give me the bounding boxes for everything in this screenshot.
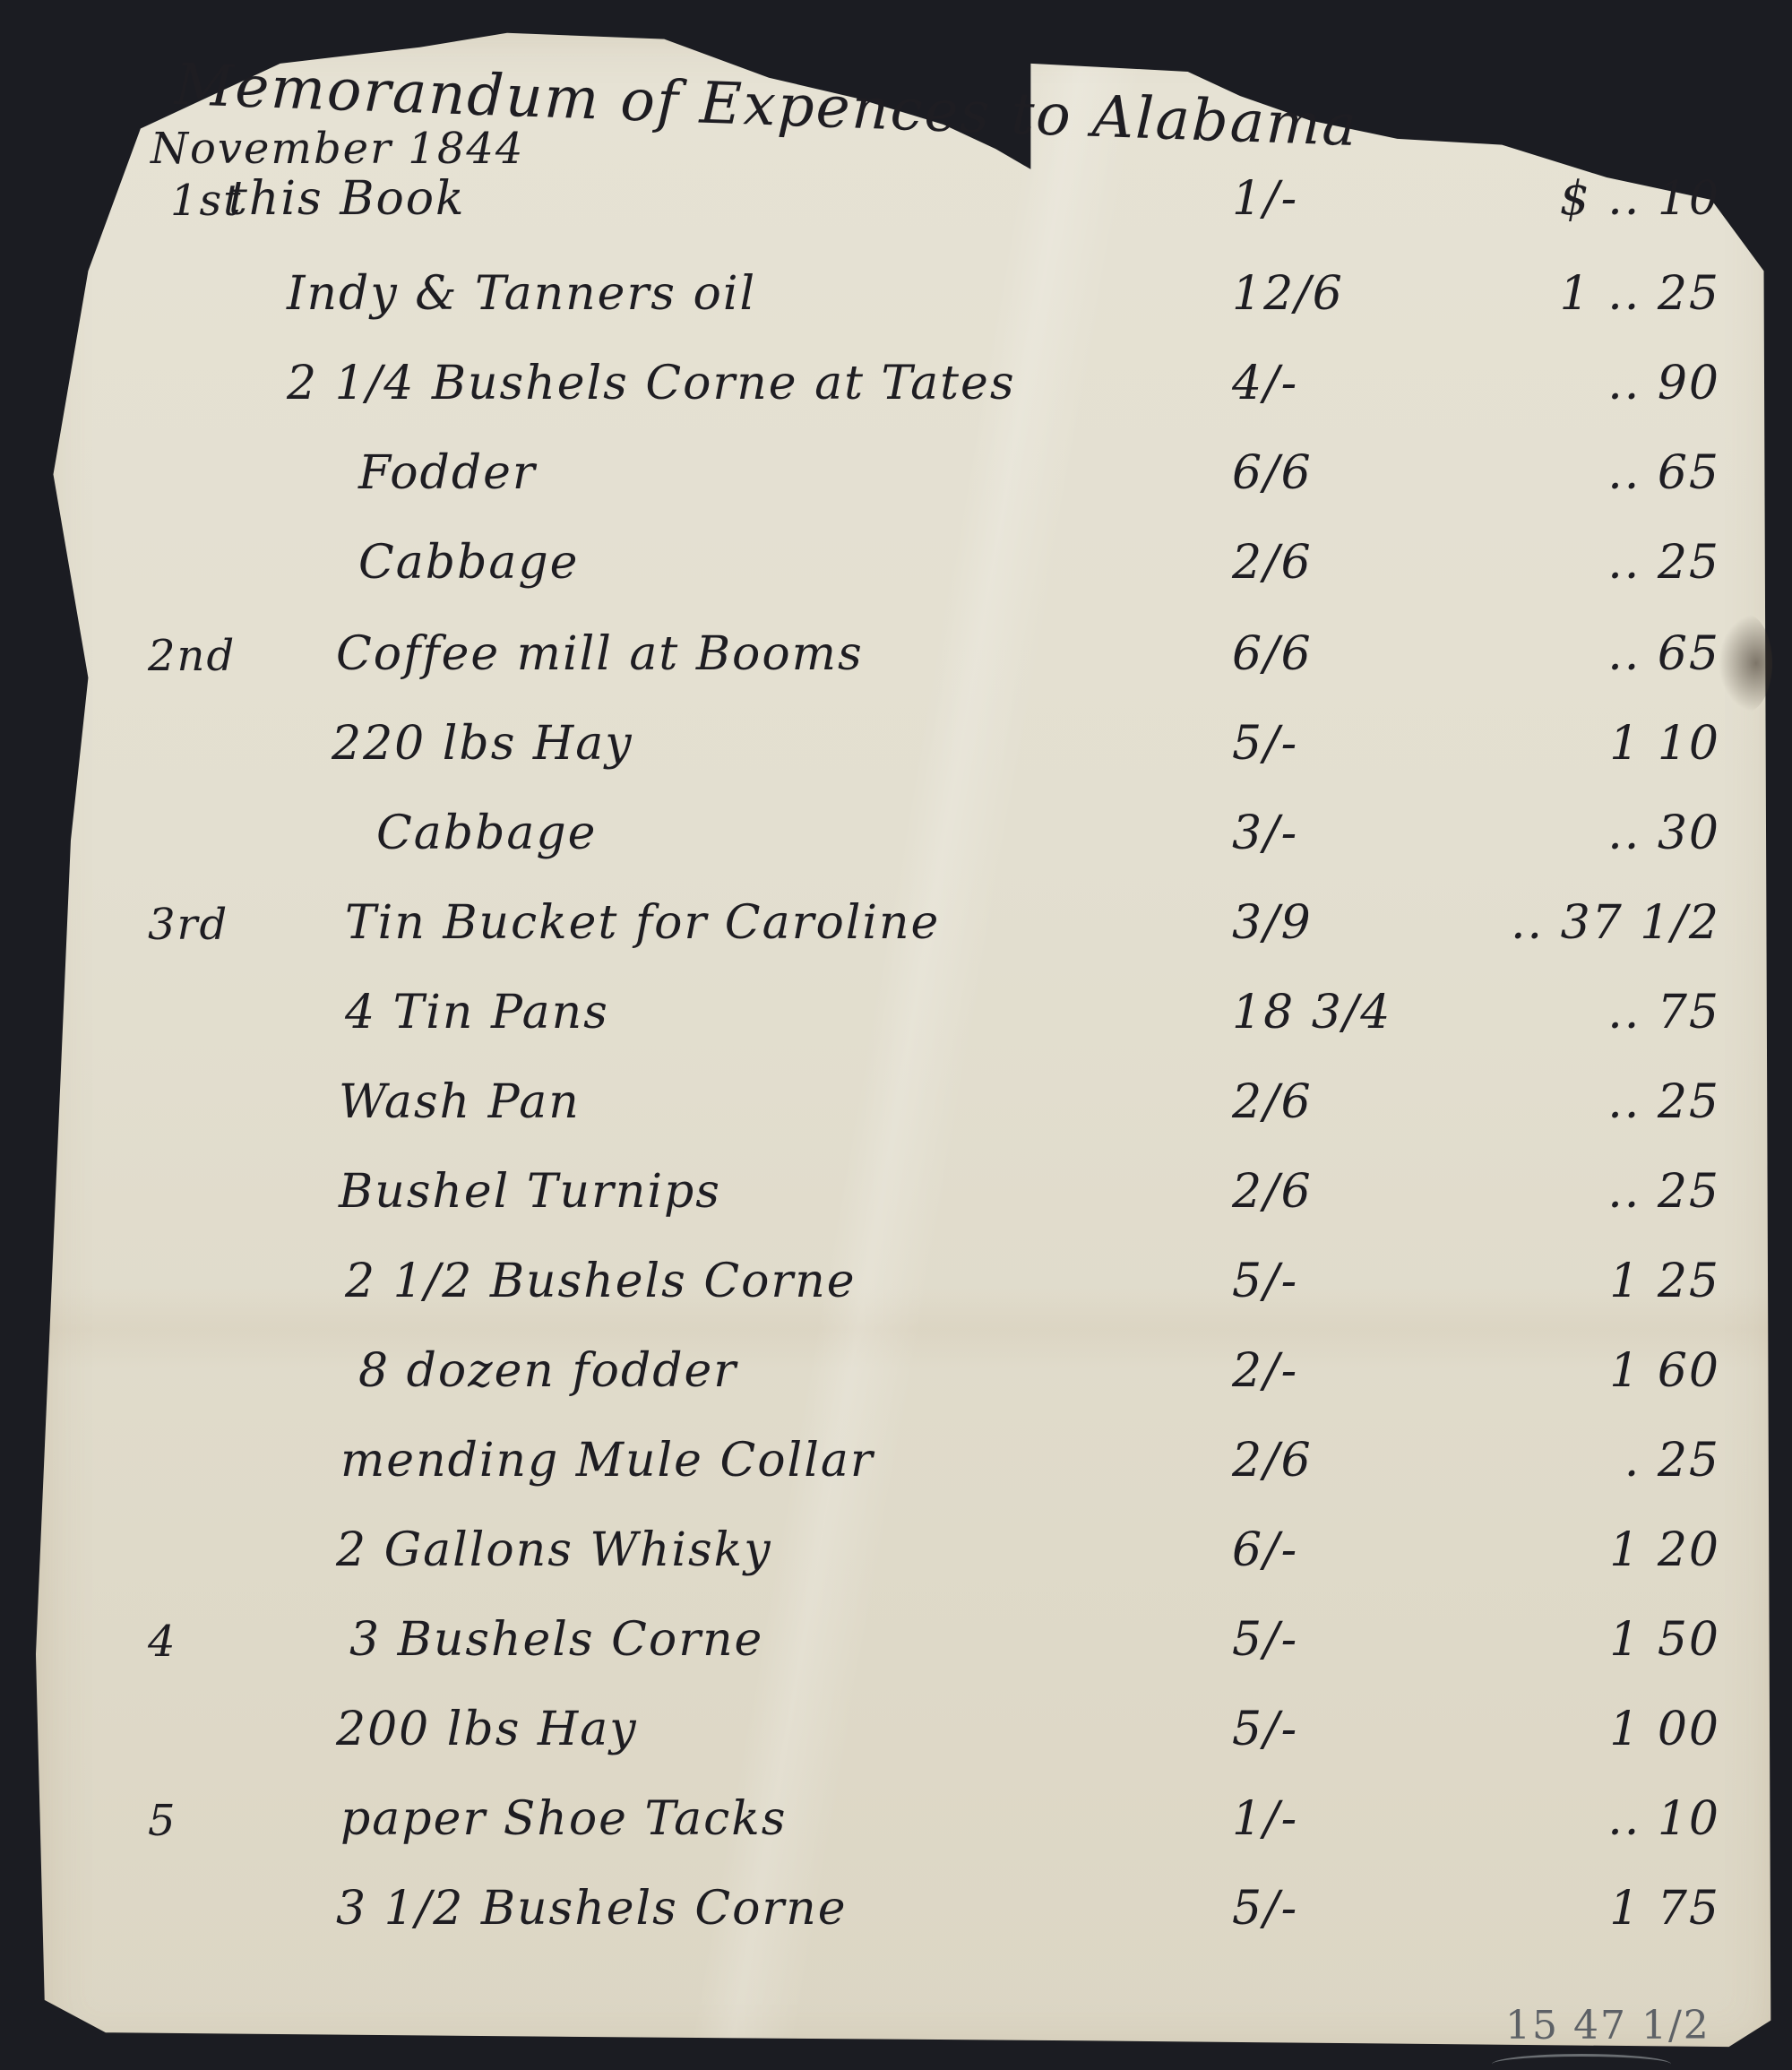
entry-dollars: 1 25	[1487, 1255, 1720, 1308]
entry-dollars: 1 60	[1487, 1344, 1720, 1398]
entry-shillings: 4/-	[1232, 357, 1298, 410]
entry-dollars: $ .. 10	[1487, 172, 1720, 226]
entry-item: Indy & Tanners oil	[287, 267, 756, 321]
entry-dollars: .. 25	[1487, 536, 1720, 590]
entry-shillings: 1/-	[1232, 1792, 1298, 1846]
entry-dollars: 1 20	[1487, 1523, 1720, 1577]
document-date: November 1844	[151, 124, 524, 174]
entry-shillings: 2/6	[1232, 1075, 1313, 1129]
total-underline	[1492, 2054, 1671, 2070]
entry-dollars: .. 90	[1487, 357, 1720, 410]
entry-day: 5	[148, 1796, 177, 1846]
pencil-total: 15 47 1/2	[1505, 2003, 1710, 2048]
entry-dollars: .. 75	[1487, 986, 1720, 1039]
entry-dollars: 1 75	[1487, 1882, 1720, 1936]
entry-shillings: 5/-	[1232, 1882, 1298, 1936]
entry-item: 2 Gallons Whisky	[336, 1523, 772, 1577]
entry-dollars: 1 .. 25	[1487, 267, 1720, 321]
entry-shillings: 5/-	[1232, 1613, 1298, 1667]
entry-day: 4	[148, 1617, 177, 1667]
entry-dollars: .. 37 1/2	[1487, 896, 1720, 950]
entry-shillings: 2/-	[1232, 1344, 1298, 1398]
entry-dollars: .. 65	[1487, 627, 1720, 681]
entry-dollars: 1 00	[1487, 1703, 1720, 1756]
entry-shillings: 2/6	[1232, 1165, 1313, 1219]
entry-dollars: .. 10	[1487, 1792, 1720, 1846]
entry-day: 2nd	[148, 631, 236, 681]
entry-item: Cabbage	[358, 536, 579, 590]
entry-shillings: 6/6	[1232, 627, 1313, 681]
entry-dollars: .. 25	[1487, 1165, 1720, 1219]
entry-item: Bushel Turnips	[339, 1165, 721, 1219]
entry-shillings: 2/6	[1232, 1434, 1313, 1488]
entry-shillings: 2/6	[1232, 536, 1313, 590]
entry-item: 3 1/2 Bushels Corne	[336, 1882, 848, 1936]
entry-dollars: 1 50	[1487, 1613, 1720, 1667]
entry-shillings: 5/-	[1232, 717, 1298, 771]
entry-shillings: 5/-	[1232, 1703, 1298, 1756]
entry-shillings: 3/9	[1232, 896, 1313, 950]
entry-shillings: 1/-	[1232, 172, 1298, 226]
entry-dollars: .. 25	[1487, 1075, 1720, 1129]
entry-dollars: . 25	[1487, 1434, 1720, 1488]
entry-item: this Book	[228, 172, 466, 226]
entry-shillings: 18 3/4	[1232, 986, 1391, 1039]
entry-item: Tin Bucket for Caroline	[345, 896, 940, 950]
entry-item: mending Mule Collar	[340, 1434, 874, 1488]
entry-item: Fodder	[358, 446, 537, 500]
entry-item: Cabbage	[376, 806, 597, 860]
entry-item: 4 Tin Pans	[345, 986, 609, 1039]
entry-item: 8 dozen fodder	[358, 1344, 737, 1398]
entry-shillings: 6/6	[1232, 446, 1313, 500]
entry-item: paper Shoe Tacks	[340, 1792, 787, 1846]
entry-day: 3rd	[148, 900, 228, 950]
entry-item: 220 lbs Hay	[332, 717, 633, 771]
entry-item: 3 Bushels Corne	[349, 1613, 763, 1667]
entry-item: 2 1/2 Bushels Corne	[345, 1255, 857, 1308]
entry-item: 200 lbs Hay	[336, 1703, 638, 1756]
entry-item: 2 1/4 Bushels Corne at Tates	[287, 357, 1016, 410]
entry-shillings: 3/-	[1232, 806, 1298, 860]
entry-shillings: 5/-	[1232, 1255, 1298, 1308]
entry-item: Coffee mill at Booms	[336, 627, 864, 681]
ink-stain	[1719, 614, 1772, 712]
entry-dollars: 1 10	[1487, 717, 1720, 771]
entry-dollars: .. 65	[1487, 446, 1720, 500]
entry-shillings: 6/-	[1232, 1523, 1298, 1577]
entry-shillings: 12/6	[1232, 267, 1344, 321]
entry-dollars: .. 30	[1487, 806, 1720, 860]
entry-item: Wash Pan	[339, 1075, 581, 1129]
